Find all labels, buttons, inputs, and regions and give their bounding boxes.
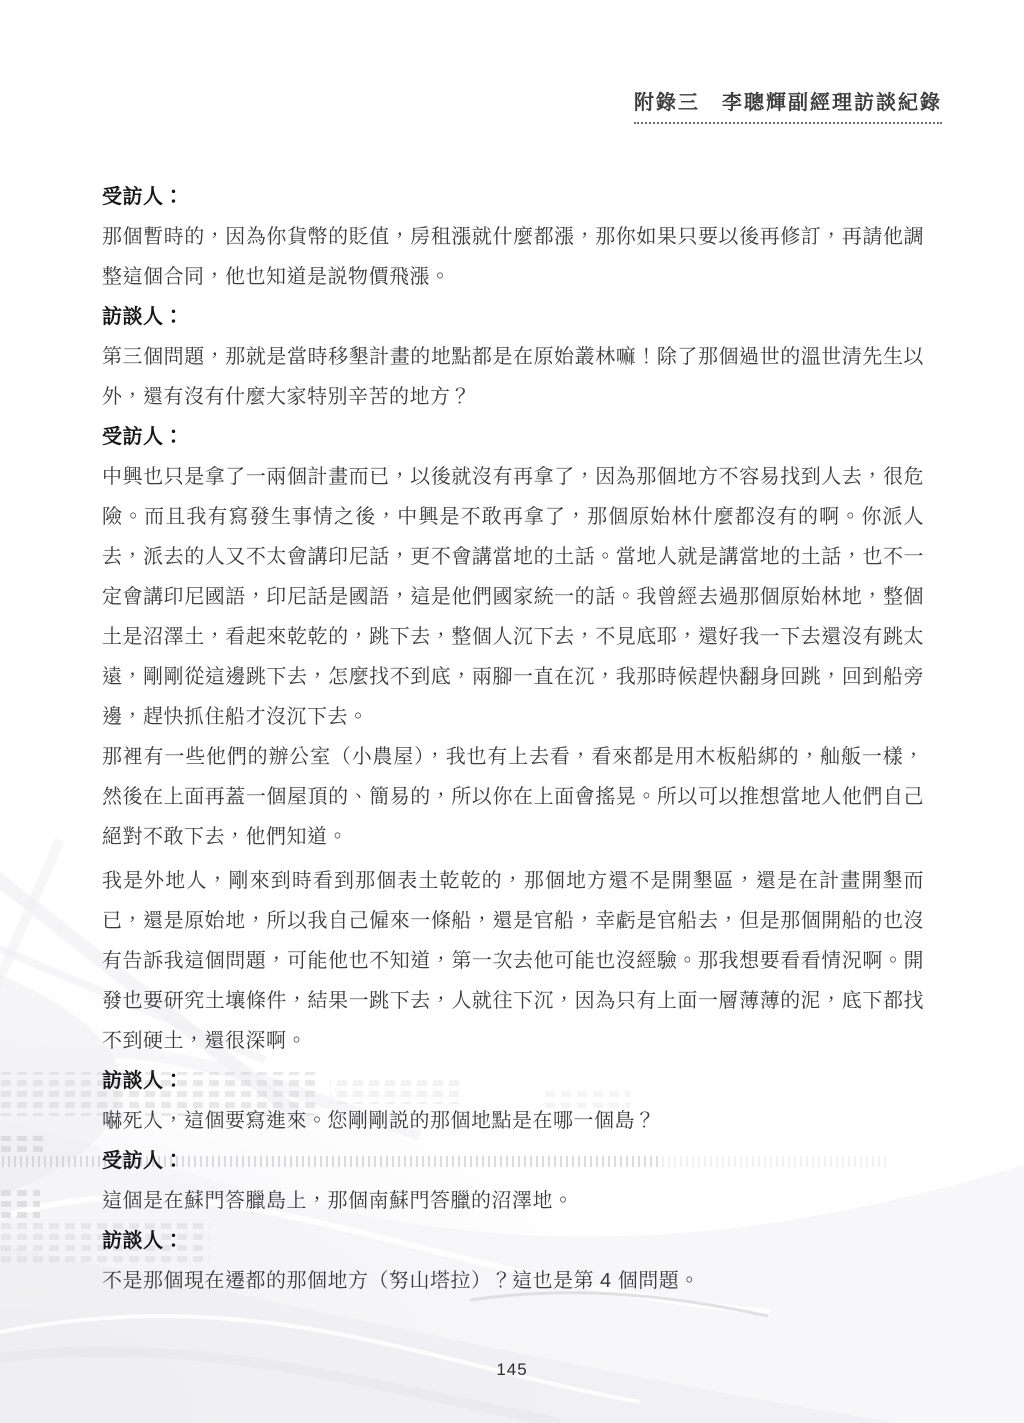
transcript-paragraph: 不是那個現在遷都的那個地方（努山塔拉）？這也是第 4 個問題。 [102, 1261, 924, 1301]
transcript-paragraph: 第三個問題，那就是當時移墾計畫的地點都是在原始叢林嘛！除了那個過世的溫世清先生以… [102, 337, 924, 417]
transcript-paragraph: 那裡有一些他們的辦公室（小農屋），我也有上去看，看來都是用木板船綁的，舢舨一樣，… [102, 737, 924, 857]
document-page: 附錄三 李聰輝副經理訪談紀錄 受訪人： 那個暫時的，因為你貨幣的貶值，房租漲就什… [0, 0, 1024, 1423]
speaker-label: 受訪人： [102, 1141, 924, 1181]
speaker-label: 受訪人： [102, 417, 924, 457]
transcript-paragraph: 嚇死人，這個要寫進來。您剛剛説的那個地點是在哪一個島？ [102, 1101, 924, 1141]
transcript-paragraph: 那個暫時的，因為你貨幣的貶值，房租漲就什麼都漲，那你如果只要以後再修訂，再請他調… [102, 217, 924, 297]
transcript-paragraph: 中興也只是拿了一兩個計畫而已，以後就沒有再拿了，因為那個地方不容易找到人去，很危… [102, 457, 924, 737]
running-header: 附錄三 李聰輝副經理訪談紀錄 [634, 86, 942, 124]
speaker-label: 訪談人： [102, 297, 924, 337]
appendix-title: 附錄三 李聰輝副經理訪談紀錄 [634, 86, 942, 124]
speaker-label: 訪談人： [102, 1061, 924, 1101]
speaker-label: 受訪人： [102, 177, 924, 217]
transcript-paragraph: 這個是在蘇門答臘島上，那個南蘇門答臘的沼澤地。 [102, 1181, 924, 1221]
transcript-paragraph: 我是外地人，剛來到時看到那個表土乾乾的，那個地方還不是開墾區，還是在計畫開墾而已… [102, 861, 924, 1061]
page-number: 145 [0, 1360, 1024, 1380]
speaker-label: 訪談人： [102, 1221, 924, 1261]
transcript-body: 受訪人： 那個暫時的，因為你貨幣的貶值，房租漲就什麼都漲，那你如果只要以後再修訂… [102, 177, 924, 1301]
